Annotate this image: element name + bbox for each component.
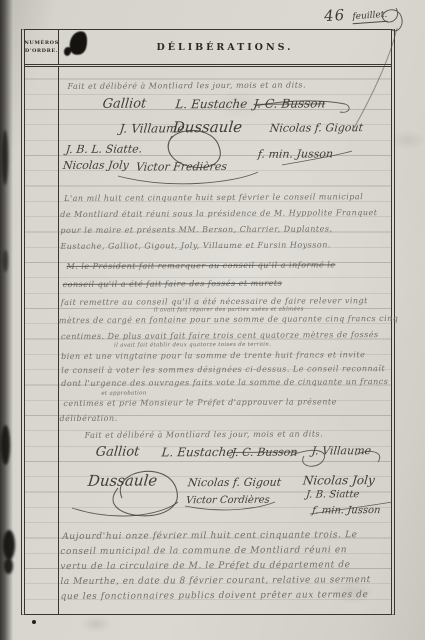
signature: Nicolas Joly	[62, 160, 129, 171]
opening-line: Fait et délibéré à Montliard les jour, m…	[67, 82, 306, 91]
manuscript-column: Fait et délibéré à Montliard les jour, m…	[57, 66, 392, 615]
signature: Nicolas Joly	[302, 474, 375, 486]
signature: Victor Cordières	[185, 496, 270, 507]
book-binding-edge	[0, 0, 13, 640]
binding-ink-stain	[2, 130, 8, 185]
folio-number: 46	[323, 6, 345, 25]
manuscript-line: pour le maire et présents MM. Berson, Ch…	[60, 225, 332, 235]
signature: Galliot	[102, 97, 147, 110]
title-header-cell: DÉLIBÉRATIONS.	[59, 30, 391, 64]
manuscript-line: Eustache, Galliot, Gigout, Joly, Villaum…	[60, 241, 331, 251]
numeros-dordre-header: NUMÉROS D'ORDRE.	[25, 30, 59, 64]
manuscript-line: conseil municipal de la commune de Montl…	[60, 546, 347, 557]
manuscript-line: dont l'urgence des ouvrages faits vote l…	[61, 378, 388, 388]
signature: f. min. Jusson	[312, 506, 381, 516]
manuscript-line-struck: M. le Président fait remarquer au consei…	[67, 261, 336, 271]
numeros-label: NUMÉROS	[24, 41, 59, 46]
binding-ink-stain	[4, 558, 13, 574]
signature: L. Eustache	[161, 446, 234, 458]
binding-ink-stain	[1, 425, 10, 465]
signature: L. Eustache	[175, 98, 248, 110]
numeros-column	[25, 67, 59, 614]
signature: Galliot	[95, 446, 140, 459]
folio-annotation: 46 feuillet.	[323, 2, 387, 25]
manuscript-line: bien et une vingtaine pour la somme de t…	[61, 351, 365, 361]
manuscript-line: Aujourd'hui onze février mil huit cent c…	[62, 531, 357, 542]
table-body: Fait et délibéré à Montliard les jour, m…	[25, 67, 391, 614]
manuscript-line: mètres de cargé en fontaine pour une som…	[59, 315, 399, 325]
manuscript-line: le conseil à voter les sommes désignées …	[61, 365, 385, 375]
signature: Dussaule	[87, 473, 158, 488]
interline-insertion: il avait fait réparer des parties usées …	[154, 308, 304, 314]
binding-ink-stain	[3, 250, 8, 272]
interline-insertion: et approbation	[101, 391, 146, 397]
manuscript-line: centimes et prie Monsieur le Préfet d'ap…	[63, 398, 336, 408]
signature: J. B. L. Siatte.	[65, 143, 142, 154]
dordre-label: D'ORDRE.	[25, 49, 58, 54]
binding-ink-stain	[3, 530, 15, 560]
signature: Nicolas f. Gigout	[269, 122, 363, 134]
signature: J. C. Busson	[253, 97, 326, 109]
manuscript-line: la Meurthe, en date du 8 février courant…	[60, 576, 370, 587]
signature: J. Villaume	[311, 445, 372, 456]
closing-line: Fait et délibéré à Montliard les jour, m…	[85, 430, 324, 439]
manuscript-line: centimes. De plus avait fait faire trois…	[61, 331, 379, 341]
manuscript-line: fait remettre au conseil qu'il a été néc…	[61, 297, 368, 307]
register-page-scan: 46 feuillet. NUMÉROS D'ORDRE. D	[0, 0, 425, 640]
signature: Victor Fredières	[135, 161, 227, 173]
ink-dot	[32, 620, 36, 624]
manuscript-line: de Montliard était réuni sous la préside…	[60, 209, 377, 219]
manuscript-line: délibération.	[59, 415, 117, 423]
signature: Nicolas f. Gigout	[187, 477, 281, 489]
signature: J. B. Siatte	[305, 490, 359, 500]
manuscript-line: que les fonctionnaires publics doivent p…	[61, 591, 369, 602]
interline-insertion: il avait fait établir deux quatorze tois…	[114, 343, 271, 349]
manuscript-line: vertu de la circulaire de M. le Préfet d…	[60, 561, 350, 572]
signature: f. min. Jusson	[257, 148, 333, 159]
signature: J. C. Busson	[231, 447, 298, 458]
manuscript-line-struck: conseil qu'il a été fait faire des fossé…	[63, 280, 283, 289]
signature: Dussaule	[172, 120, 243, 135]
deliberations-table: NUMÉROS D'ORDRE. DÉLIBÉRATIONS. Fait et …	[21, 29, 395, 615]
folio-label: feuillet.	[352, 10, 388, 24]
manuscript-line: L'an mil huit cent cinquante huit sept f…	[64, 193, 363, 203]
page-title: DÉLIBÉRATIONS.	[157, 42, 294, 53]
